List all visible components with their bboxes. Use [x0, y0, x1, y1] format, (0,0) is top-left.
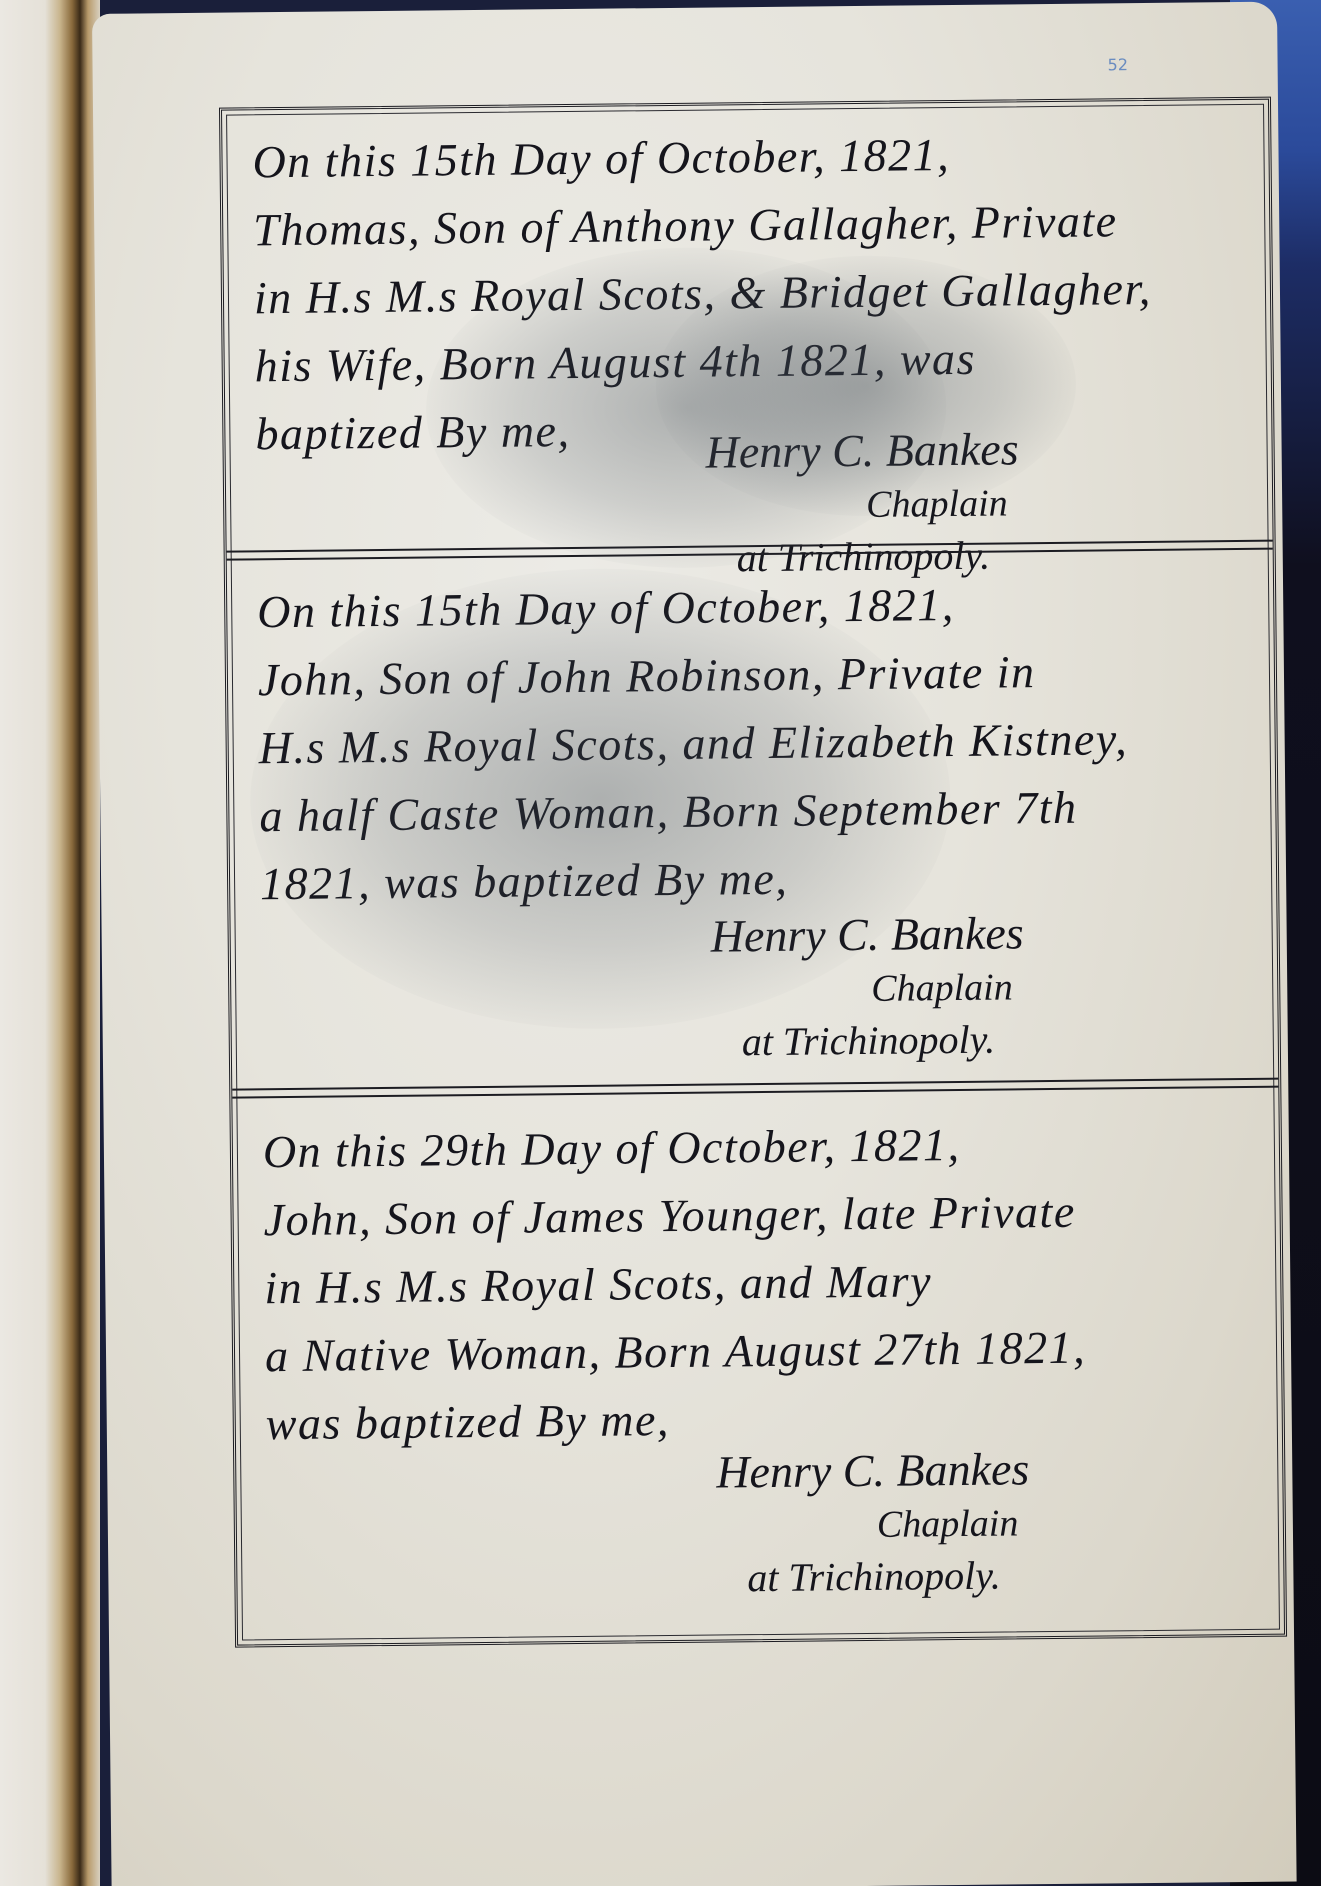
register-frame: On this 15th Day of October, 1821, Thoma… — [219, 97, 1287, 1648]
baptism-entry: On this 29th Day of October, 1821, John,… — [232, 1090, 1284, 1641]
signature-name: Henry C. Bankes — [710, 902, 1253, 966]
entry-line: his Wife, Born August 4th 1821, was — [254, 322, 1247, 400]
entry-line: John, Son of John Robinson, Private in — [258, 636, 1251, 714]
signature-block: Henry C. Bankes Chaplain at Trichinopoly… — [686, 1438, 1260, 1606]
entry-line: in H.s M.s Royal Scots, and Mary — [264, 1244, 1257, 1322]
entry-line: On this 15th Day of October, 1821, — [252, 118, 1245, 196]
signature-name: Henry C. Bankes — [705, 418, 1248, 482]
entry-line: John, Son of James Younger, late Private — [263, 1176, 1256, 1254]
register-page: 52 On this 15th Day of October, 1821, Th… — [92, 2, 1297, 1886]
facing-page-edge — [0, 0, 100, 1886]
entry-line: a half Caste Woman, Born September 7th — [259, 772, 1252, 850]
signature-title: Chaplain — [866, 476, 1249, 530]
entry-line: Thomas, Son of Anthony Gallagher, Privat… — [253, 186, 1246, 264]
entry-line: a Native Woman, Born August 27th 1821, — [265, 1312, 1258, 1390]
baptism-entry: On this 15th Day of October, 1821, Thoma… — [222, 100, 1273, 551]
signature-block: Henry C. Bankes Chaplain at Trichinopoly… — [680, 902, 1254, 1070]
signature-name: Henry C. Bankes — [716, 1438, 1259, 1502]
entry-line: H.s M.s Royal Scots, and Elizabeth Kistn… — [258, 704, 1251, 782]
signature-title: Chaplain — [871, 960, 1254, 1014]
signature-place: at Trichinopoly. — [742, 1010, 1255, 1069]
entry-line: On this 29th Day of October, 1821, — [263, 1108, 1256, 1186]
baptism-entry: On this 15th Day of October, 1821, John,… — [227, 550, 1278, 1089]
entry-line: On this 15th Day of October, 1821, — [257, 568, 1250, 646]
signature-title: Chaplain — [877, 1496, 1260, 1550]
page-number: 52 — [1107, 55, 1128, 74]
signature-place: at Trichinopoly. — [747, 1546, 1260, 1605]
entry-line: in H.s M.s Royal Scots, & Bridget Gallag… — [254, 254, 1247, 332]
